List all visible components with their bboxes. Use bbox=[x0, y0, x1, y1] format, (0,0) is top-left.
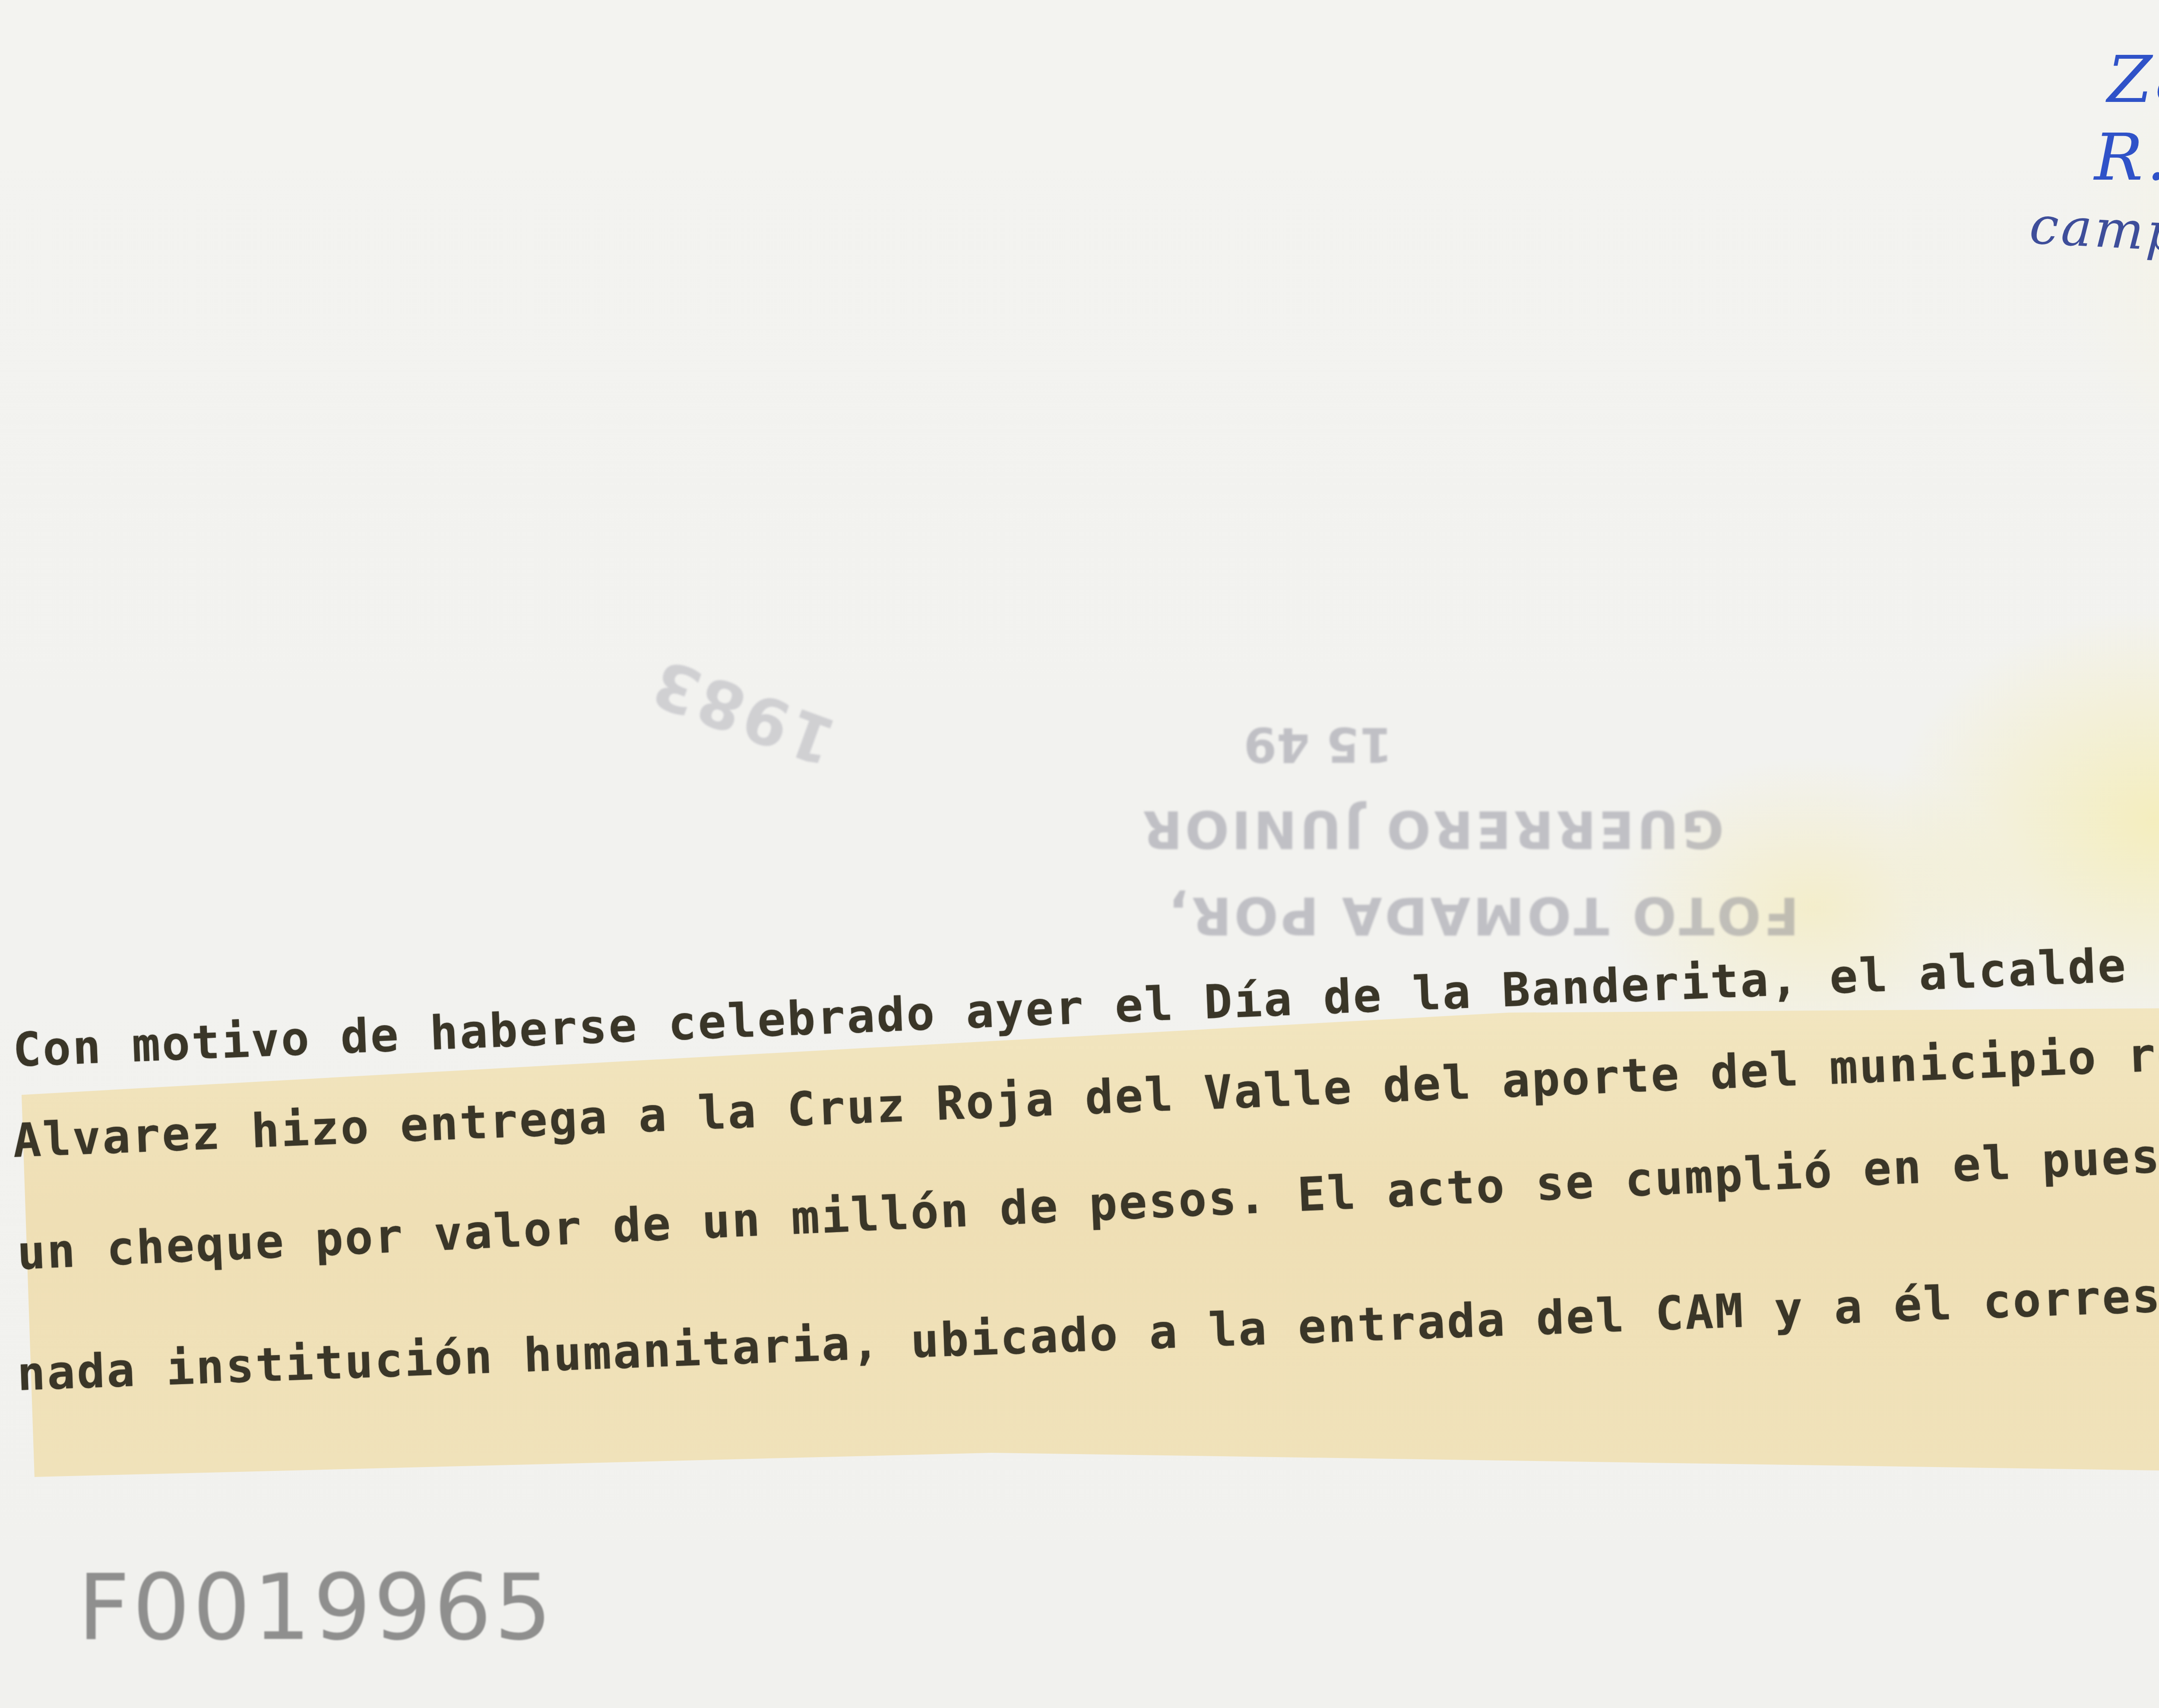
handwritten-category: campañas bbox=[2028, 200, 2159, 266]
catalog-number: F0019965 bbox=[78, 1555, 554, 1660]
photographer-name-stamp: GUERRERO JUNIOR bbox=[1140, 799, 1724, 859]
time-stamp: 15 49 bbox=[1244, 717, 1392, 772]
photo-credit-stamp: FOTO TOMADA POR, bbox=[1166, 885, 1799, 945]
handwritten-record-code: R. 481. J bbox=[2094, 125, 2159, 190]
handwritten-reference-number: Z86(65) bbox=[2107, 48, 2159, 112]
